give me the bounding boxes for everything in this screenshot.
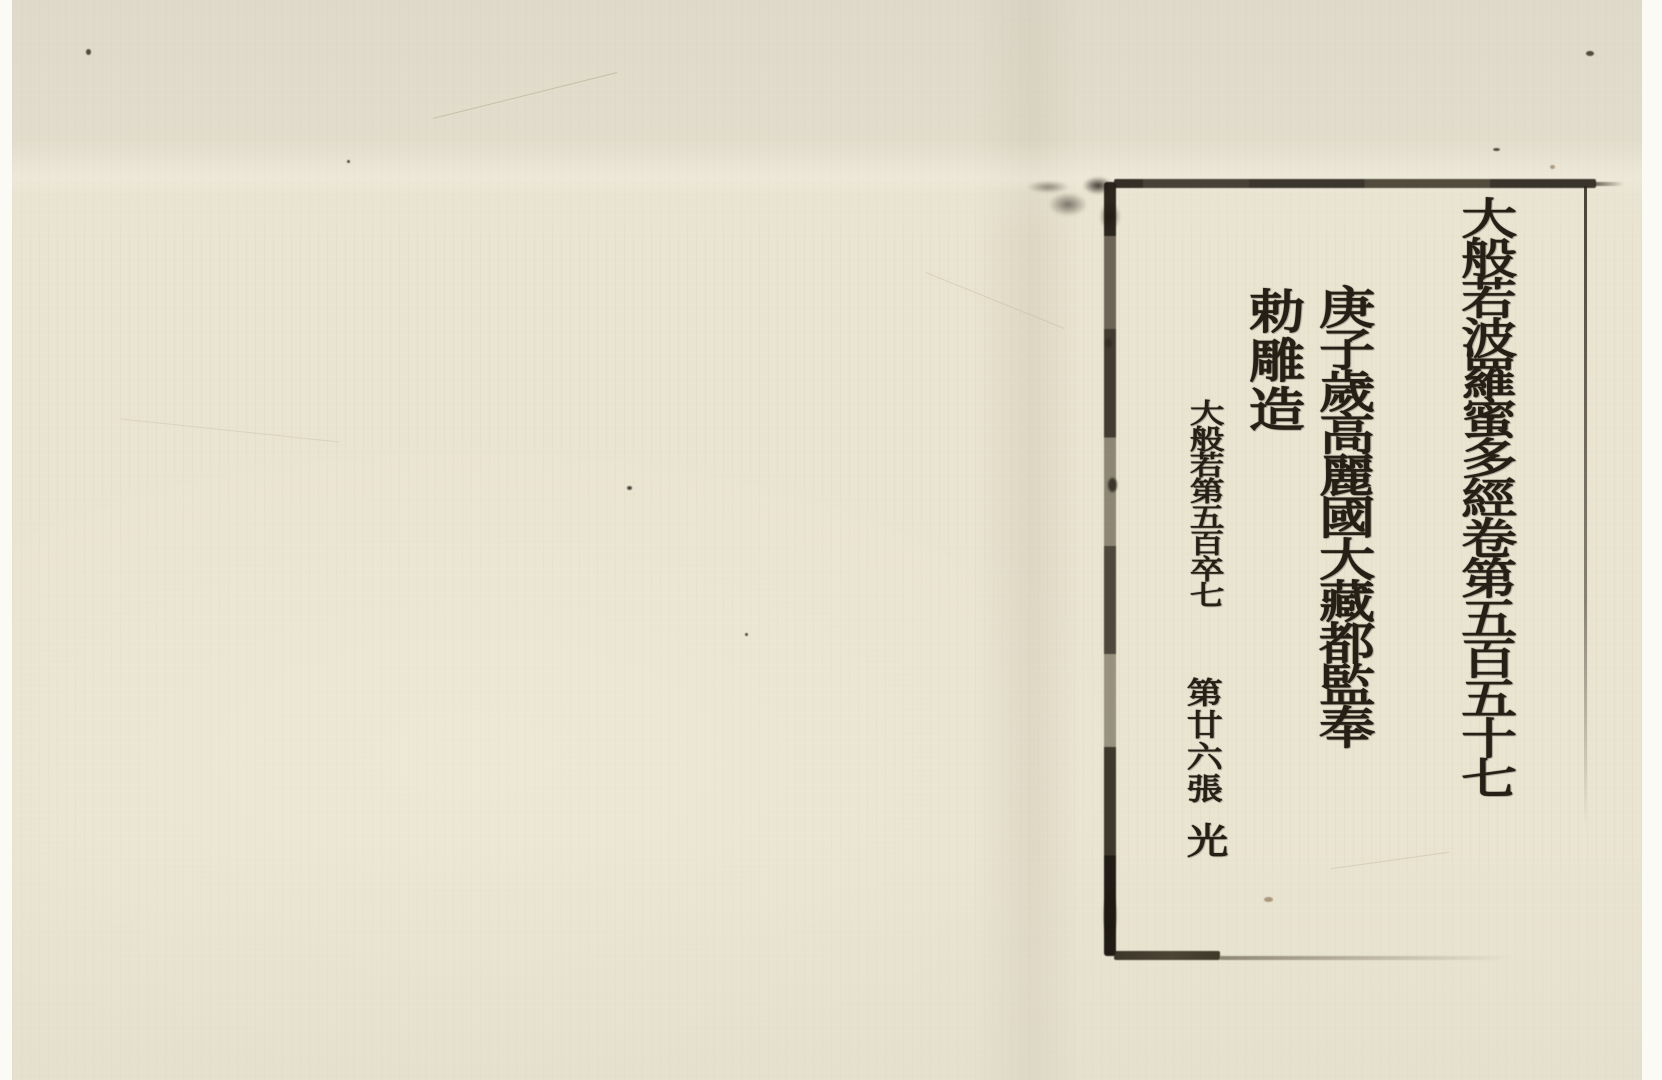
- paper-speck: [1264, 897, 1273, 902]
- frame-bottom-border: [1114, 951, 1220, 960]
- paper-speck: [627, 486, 632, 490]
- abbreviated-title-column: 大般若第五百卒七: [1186, 399, 1221, 607]
- scanned-page: 大般若波羅蜜多經卷第五百五十七 庚子歲高麗國大藏都監奉 勅雕造 大般若第五百卒七…: [0, 0, 1662, 1080]
- frame-right-border: [1584, 186, 1587, 826]
- ink-blob: [1105, 338, 1112, 348]
- frame-left-border: [1104, 182, 1116, 956]
- colophon-date-column: 庚子歲高麗國大藏都監奉: [1314, 284, 1370, 746]
- paper-speck: [745, 633, 748, 636]
- paper-speck: [1586, 51, 1594, 56]
- sutra-title-column: 大般若波羅蜜多經卷第五百五十七: [1456, 196, 1512, 796]
- colophon-edict-column: 勅雕造: [1244, 287, 1300, 434]
- ink-blob: [1108, 478, 1117, 492]
- case-mark: 光: [1184, 822, 1225, 858]
- ink-blob: [1104, 892, 1116, 938]
- frame-top-border-tail: [1594, 182, 1624, 186]
- frame-top-border: [1114, 179, 1596, 188]
- paper-speck: [1493, 148, 1500, 151]
- frame-bottom-border-faint: [1220, 956, 1510, 960]
- paper-speck: [1550, 165, 1555, 169]
- paper-sheet: [12, 0, 1642, 1080]
- paper-speck: [347, 160, 350, 163]
- ink-smudge: [1026, 166, 1126, 236]
- paper-speck: [86, 49, 91, 55]
- sheet-number-column: 第廿六張: [1182, 677, 1218, 805]
